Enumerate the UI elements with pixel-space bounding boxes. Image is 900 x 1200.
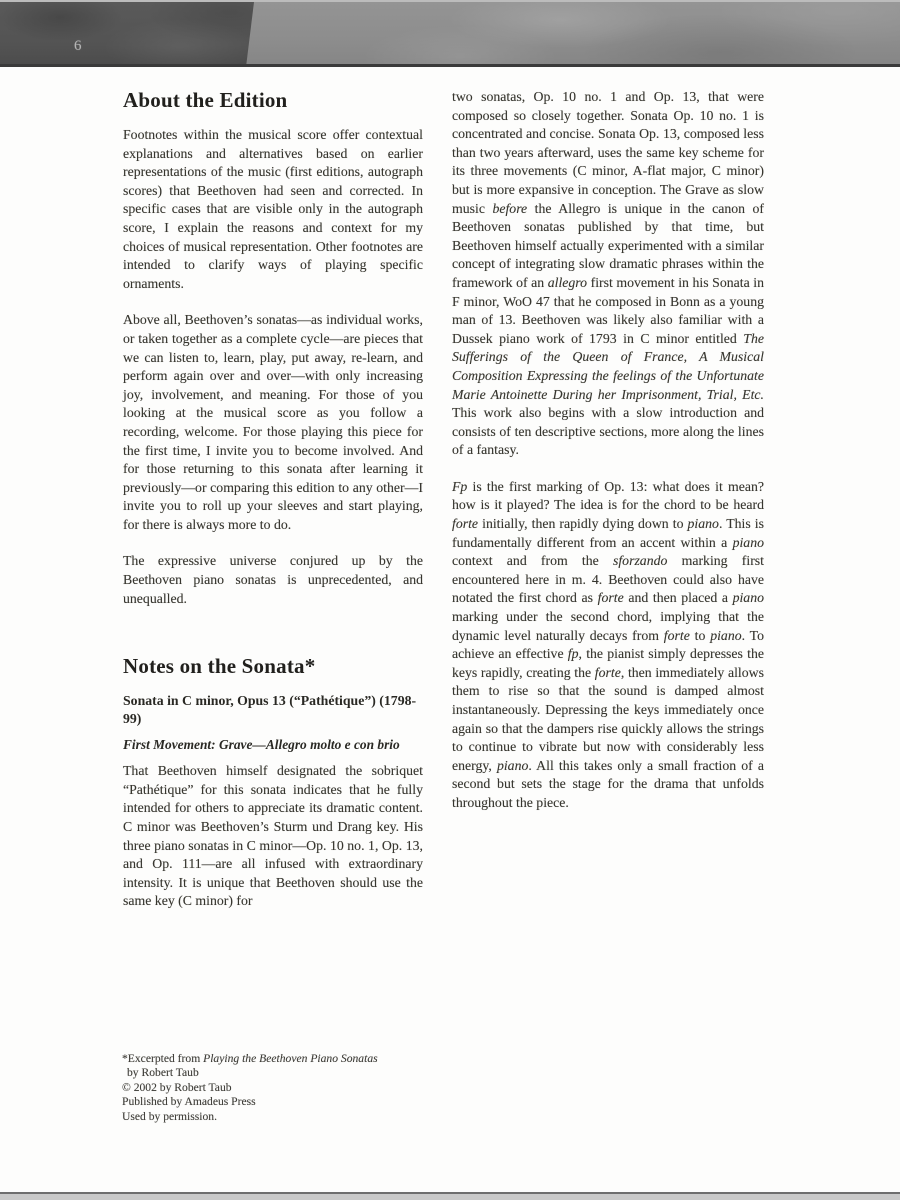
text-run: That Beethoven himself designated the so… xyxy=(123,763,423,908)
text-run: is the first marking of Op. 13: what doe… xyxy=(452,479,764,513)
text-run: Above all, Beethoven’s sonatas—as indivi… xyxy=(123,312,423,532)
footnote-permission-line: Used by permission. xyxy=(122,1110,482,1124)
footnote-publisher-line: Published by Amadeus Press xyxy=(122,1095,482,1109)
footnote-source-line: *Excerpted from Playing the Beethoven Pi… xyxy=(122,1052,482,1066)
text-run: , then immediately allows them to rise s… xyxy=(452,665,764,773)
continuation-paragraph-2: Fp is the first marking of Op. 13: what … xyxy=(452,478,764,813)
text-run: initially, then rapidly dying down to xyxy=(478,516,687,531)
italic-text-run: forte xyxy=(595,665,621,680)
text-run: two sonatas, Op. 10 no. 1 and Op. 13, th… xyxy=(452,89,764,216)
italic-text-run: piano xyxy=(497,758,528,773)
continuation-paragraph-1: two sonatas, Op. 10 no. 1 and Op. 13, th… xyxy=(452,88,764,460)
text-run: and then placed a xyxy=(624,590,733,605)
text-run: *Excerpted from xyxy=(122,1052,203,1065)
italic-text-run: before xyxy=(492,201,527,216)
italic-text-run: forte xyxy=(598,590,624,605)
italic-text-run: Fp xyxy=(452,479,467,494)
right-text-column: two sonatas, Op. 10 no. 1 and Op. 13, th… xyxy=(452,88,764,813)
italic-text-run: Playing the Beethoven Piano Sonatas xyxy=(203,1052,378,1065)
text-run: Published by Amadeus Press xyxy=(122,1095,256,1108)
italic-text-run: forte xyxy=(664,628,690,643)
italic-text-run: fp xyxy=(568,646,579,661)
sonata-subtitle: Sonata in C minor, Opus 13 (“Pathétique”… xyxy=(123,692,423,727)
italic-text-run: piano xyxy=(733,535,764,550)
header-band: 6 xyxy=(0,0,900,67)
text-run: Used by permission. xyxy=(122,1110,217,1123)
page-number: 6 xyxy=(74,38,82,55)
italic-text-run: forte xyxy=(452,516,478,531)
header-band-dark-section xyxy=(0,2,254,64)
text-run: by Robert Taub xyxy=(127,1066,199,1079)
scanned-book-page: 6 About the Edition Footnotes within the… xyxy=(0,0,900,1200)
about-paragraph-3: The expressive universe conjured up by t… xyxy=(123,552,423,608)
bottom-scan-edge xyxy=(0,1192,900,1200)
text-run: Footnotes within the musical score offer… xyxy=(123,127,423,291)
italic-text-run: piano xyxy=(733,590,764,605)
about-paragraph-2: Above all, Beethoven’s sonatas—as indivi… xyxy=(123,311,423,534)
footnote-author-line: by Robert Taub xyxy=(122,1066,482,1080)
italic-text-run: allegro xyxy=(548,275,587,290)
notes-sonata-heading: Notes on the Sonata* xyxy=(123,654,423,678)
movement-subtitle: First Movement: Grave—Allegro molto e co… xyxy=(123,736,423,753)
footnote-copyright-line: © 2002 by Robert Taub xyxy=(122,1081,482,1095)
text-run: This work also begins with a slow introd… xyxy=(452,405,764,457)
about-paragraph-1: Footnotes within the musical score offer… xyxy=(123,126,423,293)
italic-text-run: piano xyxy=(710,628,741,643)
text-run: context and from the xyxy=(452,553,613,568)
about-edition-heading: About the Edition xyxy=(123,88,423,112)
text-run: to xyxy=(690,628,710,643)
text-run: The expressive universe conjured up by t… xyxy=(123,553,423,605)
left-text-column: About the Edition Footnotes within the m… xyxy=(123,88,423,911)
italic-text-run: sforzando xyxy=(613,553,667,568)
italic-text-run: piano xyxy=(688,516,719,531)
footnote-block: *Excerpted from Playing the Beethoven Pi… xyxy=(122,1052,482,1124)
text-run: © 2002 by Robert Taub xyxy=(122,1081,232,1094)
notes-paragraph-1: That Beethoven himself designated the so… xyxy=(123,762,423,911)
